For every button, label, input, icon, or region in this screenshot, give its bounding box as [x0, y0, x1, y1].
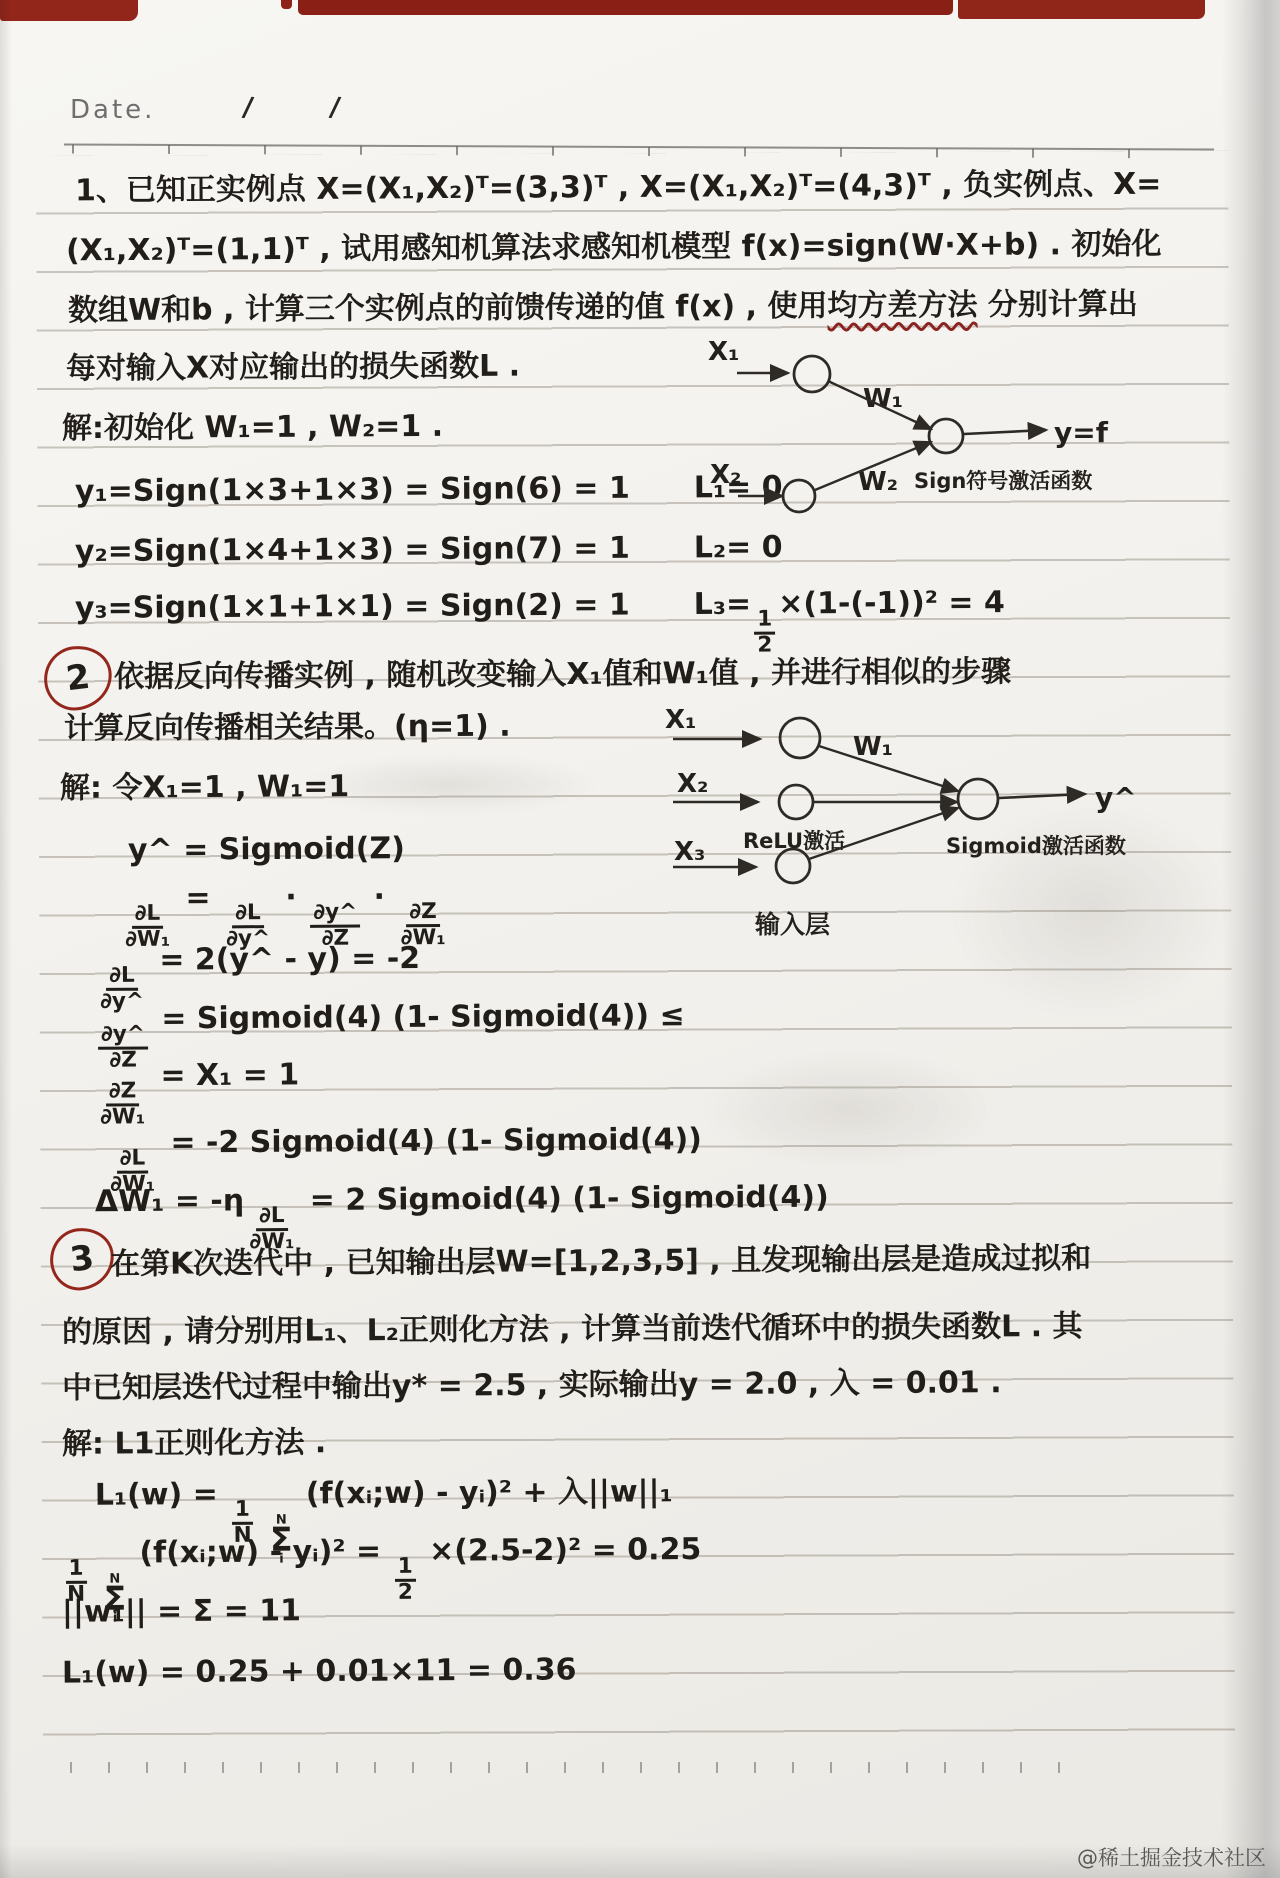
eq-rest: = 2(y^ - y) = -2	[159, 941, 420, 978]
frac-dZ-dW1: ∂Z∂W₁	[98, 1080, 147, 1129]
perceptron-diagram: X₁ W₁ X₂ W₂ y=f Sign符号激活函数	[690, 325, 1205, 510]
d2-output-node	[958, 779, 998, 819]
d2-input1-label: X₁	[665, 705, 696, 735]
p3-solve: 解: L1正则化方法 .	[62, 1423, 327, 1465]
frac-numerator: ∂y^	[98, 1023, 148, 1049]
p1-eq2-loss: L₂= 0	[694, 530, 783, 566]
d1-node-x2	[783, 480, 815, 512]
p1-eq3: y₃=Sign(1×1+1×1) = Sign(2) = 1L₃=12×(1-(…	[75, 583, 1005, 661]
d2-output-label: y^	[1095, 781, 1137, 814]
dot-operator: ·	[373, 879, 385, 914]
fraction-one-half: 12	[754, 608, 775, 656]
p3-line2: 的原因 , 请分别用L₁、L₂正则化方法 , 计算当前迭代循环中的损失函数L .…	[62, 1307, 1083, 1353]
d1-weight2-label: W₂	[858, 467, 898, 497]
p2-eq-yhat: y^ = Sigmoid(Z)	[128, 829, 405, 871]
date-label: Date.	[70, 95, 155, 125]
d1-output-node	[929, 419, 963, 453]
d2-sigmoid-label: Sigmoid激活函数	[946, 834, 1126, 858]
p2-line2: 计算反向传播相关结果。(η=1) .	[64, 707, 511, 750]
date-slash-1: /	[241, 91, 255, 123]
frac-numerator: ∂L	[256, 1205, 288, 1231]
p1-line3-post: 分别计算出	[977, 287, 1138, 323]
eq-pre: L₁(w) =	[95, 1477, 218, 1513]
p1-eq2-main: y₂=Sign(1×4+1×3) = Sign(7) = 1	[75, 531, 630, 569]
d2-node-x3	[776, 849, 810, 883]
d1-input1-label: X₁	[708, 337, 739, 367]
eq-rest: = X₁ = 1	[160, 1057, 299, 1093]
frac-numerator: 1	[65, 1558, 86, 1584]
p2-solve: 解: 令X₁=1 , W₁=1	[60, 767, 349, 809]
d2-node-x1	[780, 718, 820, 758]
p3-line1: 在第K次迭代中 , 已知输出层W=[1,2,3,5] , 且发现输出层是造成过拟…	[110, 1239, 1091, 1285]
p1-line3-pre: 数组W和b , 计算三个实例点的前馈传递的值 f(x) , 使用	[68, 289, 828, 329]
frac-numerator: ∂y^	[310, 901, 360, 927]
p1-eq1-main: y₁=Sign(1×3+1×3) = Sign(6) = 1	[75, 471, 630, 509]
backprop-network-diagram: X₁ W₁ X₂ ReLU激活 X₃ y^ Sigmoid激活函数 输入层	[640, 695, 1160, 950]
footer-tick-marks	[70, 1762, 1060, 1773]
red-cover-strip-middle	[298, 0, 953, 15]
fraction-one-half: 12	[395, 1556, 416, 1604]
dot-operator: ·	[285, 880, 297, 915]
frac-numerator: 1	[395, 1556, 416, 1582]
page-left-edge	[0, 0, 12, 1878]
eq-pre: ΔW₁ = -η	[95, 1183, 245, 1219]
equals-sign: =	[185, 880, 210, 915]
p1-eq3-main: y₃=Sign(1×1+1×1) = Sign(2) = 1	[75, 587, 630, 625]
p1-eq3-loss-post: ×(1-(-1))² = 4	[778, 585, 1005, 621]
p1-eq1: y₁=Sign(1×3+1×3) = Sign(6) = 1L₁= 0	[75, 468, 783, 512]
eq-rest: = Sigmoid(4) (1- Sigmoid(4)) ≤	[161, 998, 685, 1036]
d2-weight1-label: W₁	[853, 732, 893, 762]
notebook-photo: Date. / / 1、已知正实例点 X=(X₁,X₂)ᵀ=(3,3)ᵀ , X…	[0, 0, 1280, 1878]
eq-rest: = 2 Sigmoid(4) (1- Sigmoid(4))	[310, 1180, 829, 1218]
p2-number: 2	[64, 657, 92, 700]
d1-output-arrow	[964, 430, 1046, 434]
p1-line4: 每对输入X对应输出的损失函数L .	[66, 347, 520, 390]
eq-rest: = -2 Sigmoid(4) (1- Sigmoid(4))	[170, 1122, 702, 1160]
p2-eq-dZ-dW1: ∂Z∂W₁ = X₁ = 1	[95, 1055, 300, 1128]
watermark: @稀土掘金技术社区	[1077, 1842, 1266, 1872]
red-cover-strip-nub	[281, 0, 292, 9]
frac-numerator: ∂L	[232, 902, 264, 928]
d1-activation-label: Sign符号激活函数	[914, 469, 1092, 493]
date-slash-2: /	[328, 91, 342, 123]
eq-mid: (f(xᵢ;w) - yᵢ)² =	[139, 1534, 381, 1570]
p1-line1: 1、已知正实例点 X=(X₁,X₂)ᵀ=(3,3)ᵀ , X=(X₁,X₂)ᵀ=…	[75, 165, 1162, 212]
p3-number: 3	[68, 1238, 96, 1281]
d1-input2-label: X₂	[710, 460, 741, 490]
d2-input2-label: X₂	[677, 769, 708, 799]
p1-solve: 解:初始化 W₁=1 , W₂=1 .	[62, 407, 443, 449]
d1-node-x1	[794, 356, 830, 392]
d2-input-layer-label: 输入层	[754, 910, 830, 939]
p3-eq-final: L₁(w) = 0.25 + 0.01×11 = 0.36	[62, 1650, 577, 1693]
frac-numerator: 1	[754, 608, 775, 634]
bleed-through-smudge	[700, 1050, 1000, 1170]
p1-line3-underlined-phrase: 均方差方法	[827, 288, 977, 324]
eq-rest: (f(xᵢ;w) - yᵢ)² + 入||w||₁	[306, 1474, 673, 1511]
frac-denominator: 2	[396, 1581, 415, 1604]
p1-eq2: y₂=Sign(1×4+1×3) = Sign(7) = 1L₂= 0	[75, 528, 783, 572]
p3-eq-norm: ||w₁|| = Σ = 11	[62, 1591, 301, 1632]
frac-numerator: ∂L	[132, 903, 164, 929]
d2-node-x2	[779, 785, 813, 819]
p1-line2: (X₁,X₂)ᵀ=(1,1)ᵀ , 试用感知机算法求感知机模型 f(x)=sig…	[66, 225, 1162, 272]
frac-numerator: ∂L	[106, 965, 138, 991]
d2-input3-label: X₃	[674, 837, 705, 867]
red-cover-strip-right	[958, 0, 1205, 19]
eq-rest: ×(2.5-2)² = 0.25	[429, 1532, 701, 1569]
frac-numerator: ∂L	[117, 1147, 149, 1173]
d1-output-label: y=f	[1054, 416, 1109, 449]
p1-eq3-loss-pre: L₃=	[694, 587, 752, 622]
frac-numerator: ∂Z	[106, 1080, 140, 1106]
frac-numerator: ∂Z	[406, 901, 440, 927]
p3-line3: 中已知层迭代过程中输出y* = 2.5 , 实际输出y = 2.0 , 入 = …	[62, 1363, 1002, 1409]
frac-numerator: 1	[232, 1499, 253, 1525]
p2-line1: 依据反向传播实例 , 随机改变输入X₁值和W₁值 , 并进行相似的步骤	[114, 652, 1011, 697]
red-cover-strip-left	[0, 0, 138, 21]
d2-output-arrow	[999, 794, 1085, 798]
